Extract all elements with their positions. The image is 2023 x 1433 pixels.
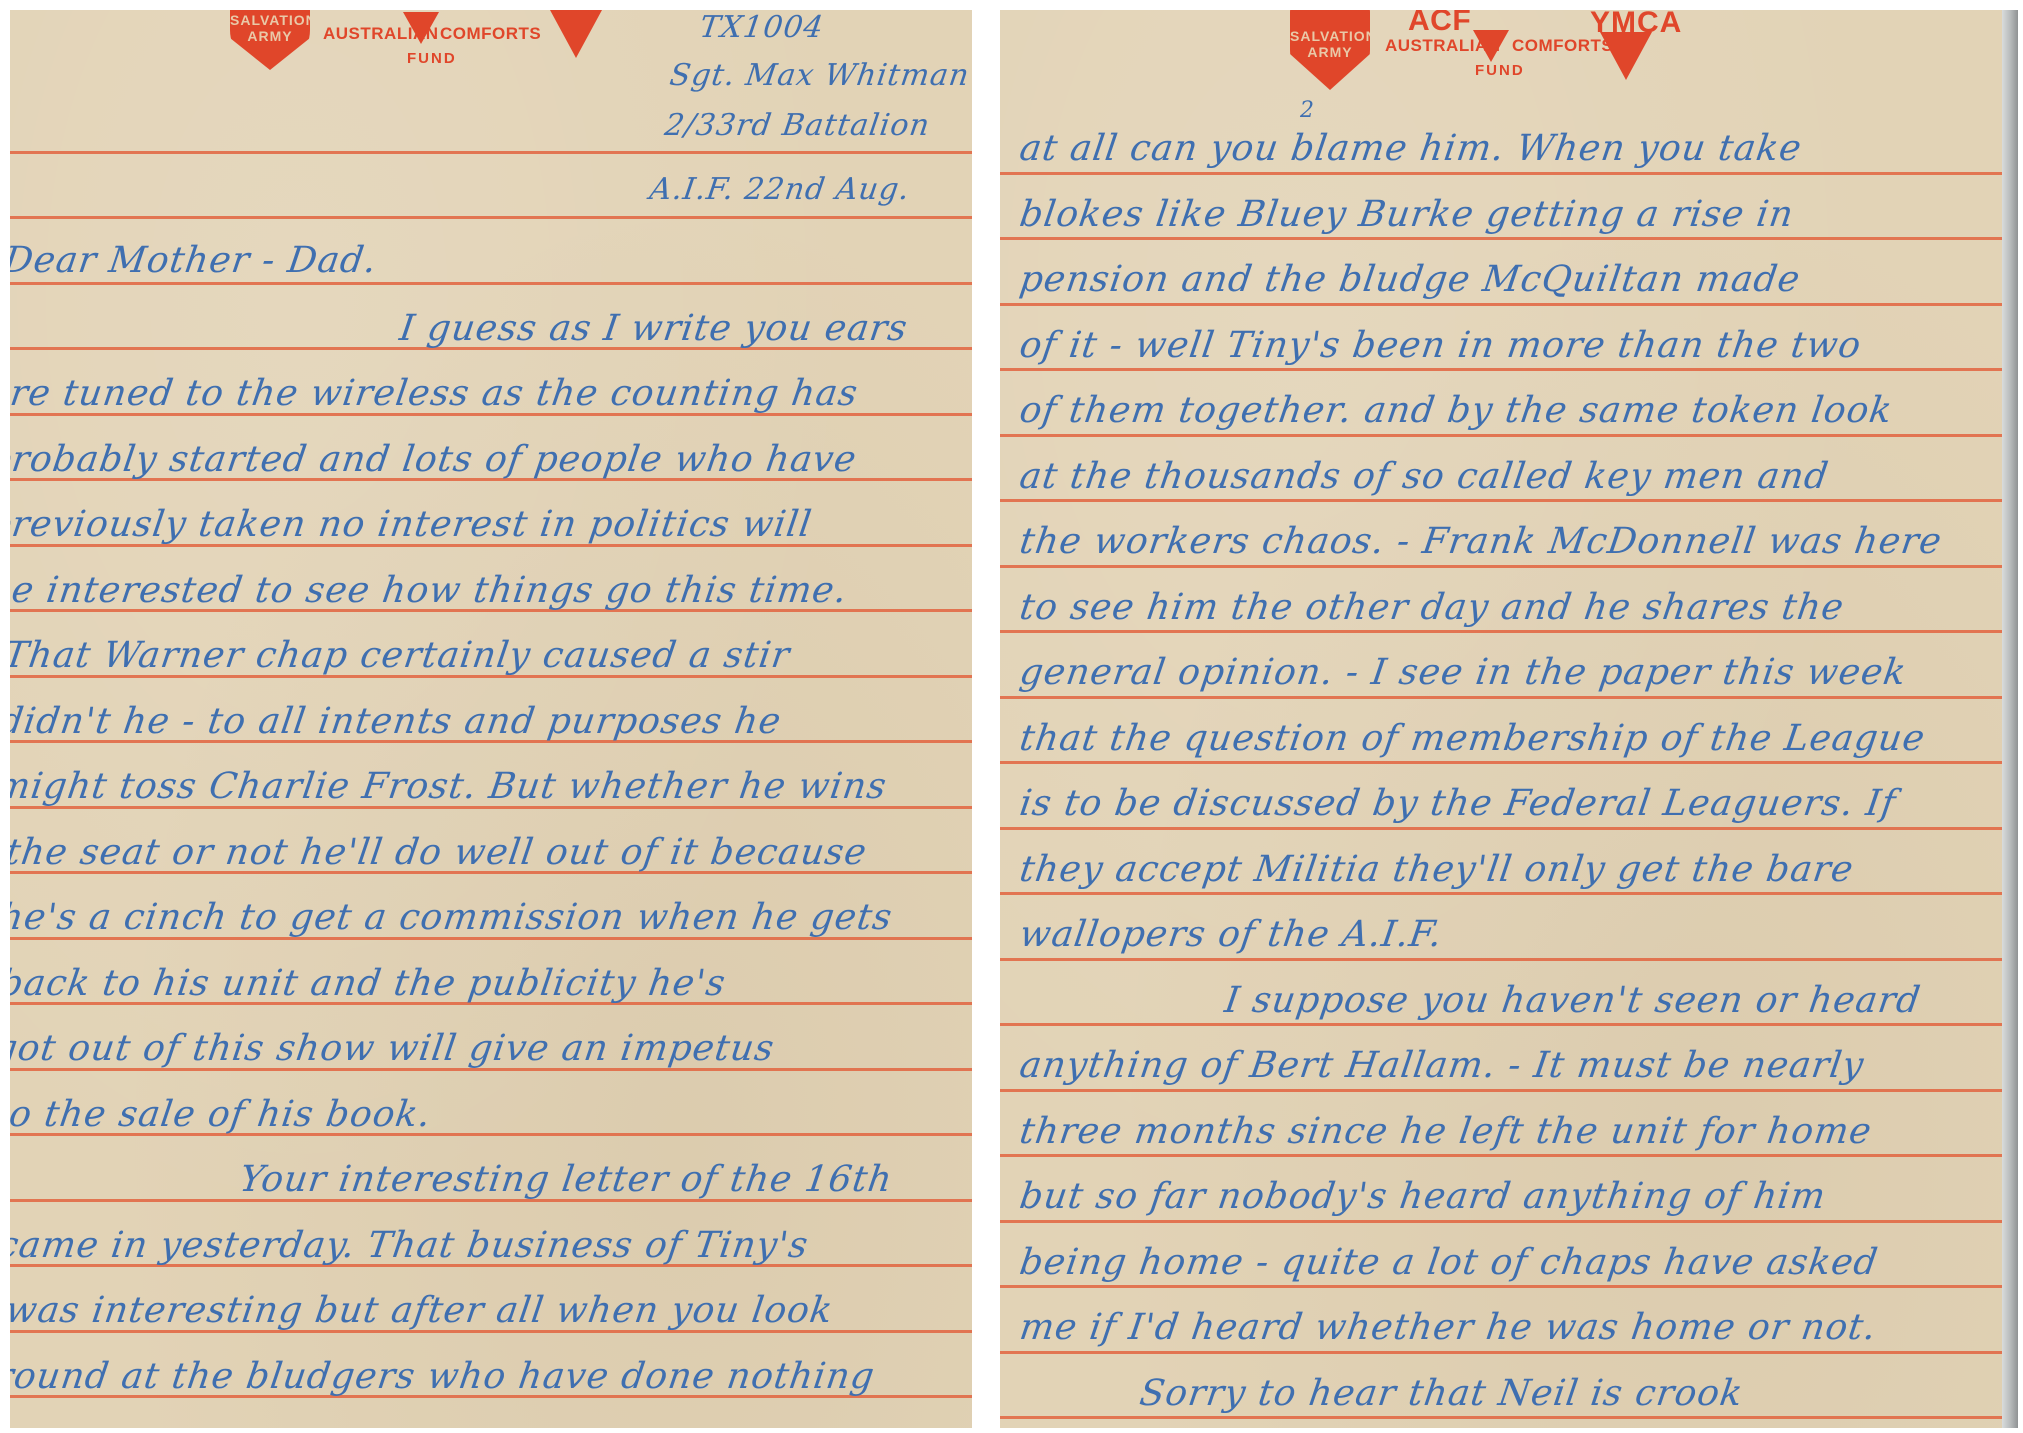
letter-line: probably started and lots of people who … [10,439,859,480]
letter-line: Sorry to hear that Neil is crook [1137,1373,1746,1414]
letter-line: came in yesterday. That business of Tiny… [10,1225,811,1266]
place-date: A.I.F. 22nd Aug. [648,172,913,207]
letterhead-australian: AUSTRALIAN [1385,36,1501,56]
shield-text: SALVATION ARMY [1290,28,1370,60]
letter-line: me if I'd heard whether he was home or n… [1017,1307,1879,1348]
letter-line: is to be discussed by the Federal League… [1017,783,1899,824]
service-number: TX1004 [698,10,827,45]
letter-line: he's a cinch to get a commission when he… [10,897,895,938]
letter-line: of them together. and by the same token … [1017,390,1895,431]
letter-line: being home - quite a lot of chaps have a… [1017,1242,1881,1283]
letter-line: previously taken no interest in politics… [10,504,815,545]
letter-line: to the sale of his book. [10,1094,434,1135]
sender-unit: 2/33rd Battalion [663,108,933,143]
letter-line: might toss Charlie Frost. But whether he… [10,766,889,807]
letter-line: to see him the other day and he shares t… [1017,587,1847,628]
shield-text: SALVATION ARMY [230,12,310,44]
salvation-army-shield-icon: SALVATION ARMY [230,10,310,70]
letterhead: SALVATION ARMY ACF AUSTRALIAN COMFORTS F… [1280,10,1720,80]
letter-line: anything of Bert Hallam. - It must be ne… [1017,1045,1867,1086]
letter-line: they accept Militia they'll only get the… [1017,849,1856,890]
letter-line: pension and the bludge McQuiltan made [1017,259,1803,300]
sender-name: Sgt. Max Whitman [668,58,972,93]
letter-page-2: SALVATION ARMY ACF AUSTRALIAN COMFORTS F… [1000,10,2002,1428]
letter-line: the workers chaos. - Frank McDonnell was… [1017,521,1945,562]
letter-line: didn't he - to all intents and purposes … [10,701,784,742]
letterhead-fund: FUND [407,50,457,67]
letter-line: three months since he left the unit for … [1017,1111,1874,1152]
letterhead-comforts: COMFORTS [440,24,541,44]
salvation-army-shield-icon: SALVATION ARMY [1290,10,1370,90]
letter-line: be interested to see how things go this … [10,570,850,611]
letter-line: at all can you blame him. When you take [1017,128,1804,169]
letter-line: general opinion. - I see in the paper th… [1017,652,1909,693]
letterhead-acf: ACF [1408,10,1471,38]
letter-line: of it - well Tiny's been in more than th… [1017,325,1864,366]
letter-line: That Warner chap certainly caused a stir [10,635,793,676]
letter-line: round at the bludgers who have done noth… [10,1356,877,1397]
letter-page-1: SALVATION ARMY AUSTRALIAN COMFORTS FUND … [10,10,972,1428]
letter-line: back to his unit and the publicity he's [10,963,728,1004]
letter-line: I guess as I write you ears [397,308,910,349]
letterhead-australian: AUSTRALIAN [323,24,439,44]
letterhead-fund: FUND [1475,62,1525,79]
letter-line: Your interesting letter of the 16th [237,1159,895,1200]
salutation: Dear Mother - Dad. [10,240,380,281]
page-edge-shadow [2002,10,2018,1428]
page-number: 2 [1300,98,1314,123]
letter-line: was interesting but after all when you l… [10,1290,836,1331]
letter-line: blokes like Bluey Burke getting a rise i… [1017,194,1796,235]
ymca-v-icon [550,10,602,58]
letter-line: I suppose you haven't seen or heard [1222,980,1923,1021]
letter-line: at the thousands of so called key men an… [1017,456,1831,497]
letter-line: that the question of membership of the L… [1017,718,1928,759]
letter-line: are tuned to the wireless as the countin… [10,373,861,414]
letter-line: wallopers of the A.I.F. [1017,914,1445,955]
ymca-v-icon [1600,32,1652,80]
letterhead: SALVATION ARMY AUSTRALIAN COMFORTS FUND [220,10,640,80]
letter-line: the seat or not he'll do well out of it … [10,832,870,873]
letter-line: got out of this show will give an impetu… [10,1028,777,1069]
letter-line: but so far nobody's heard anything of hi… [1017,1176,1828,1217]
